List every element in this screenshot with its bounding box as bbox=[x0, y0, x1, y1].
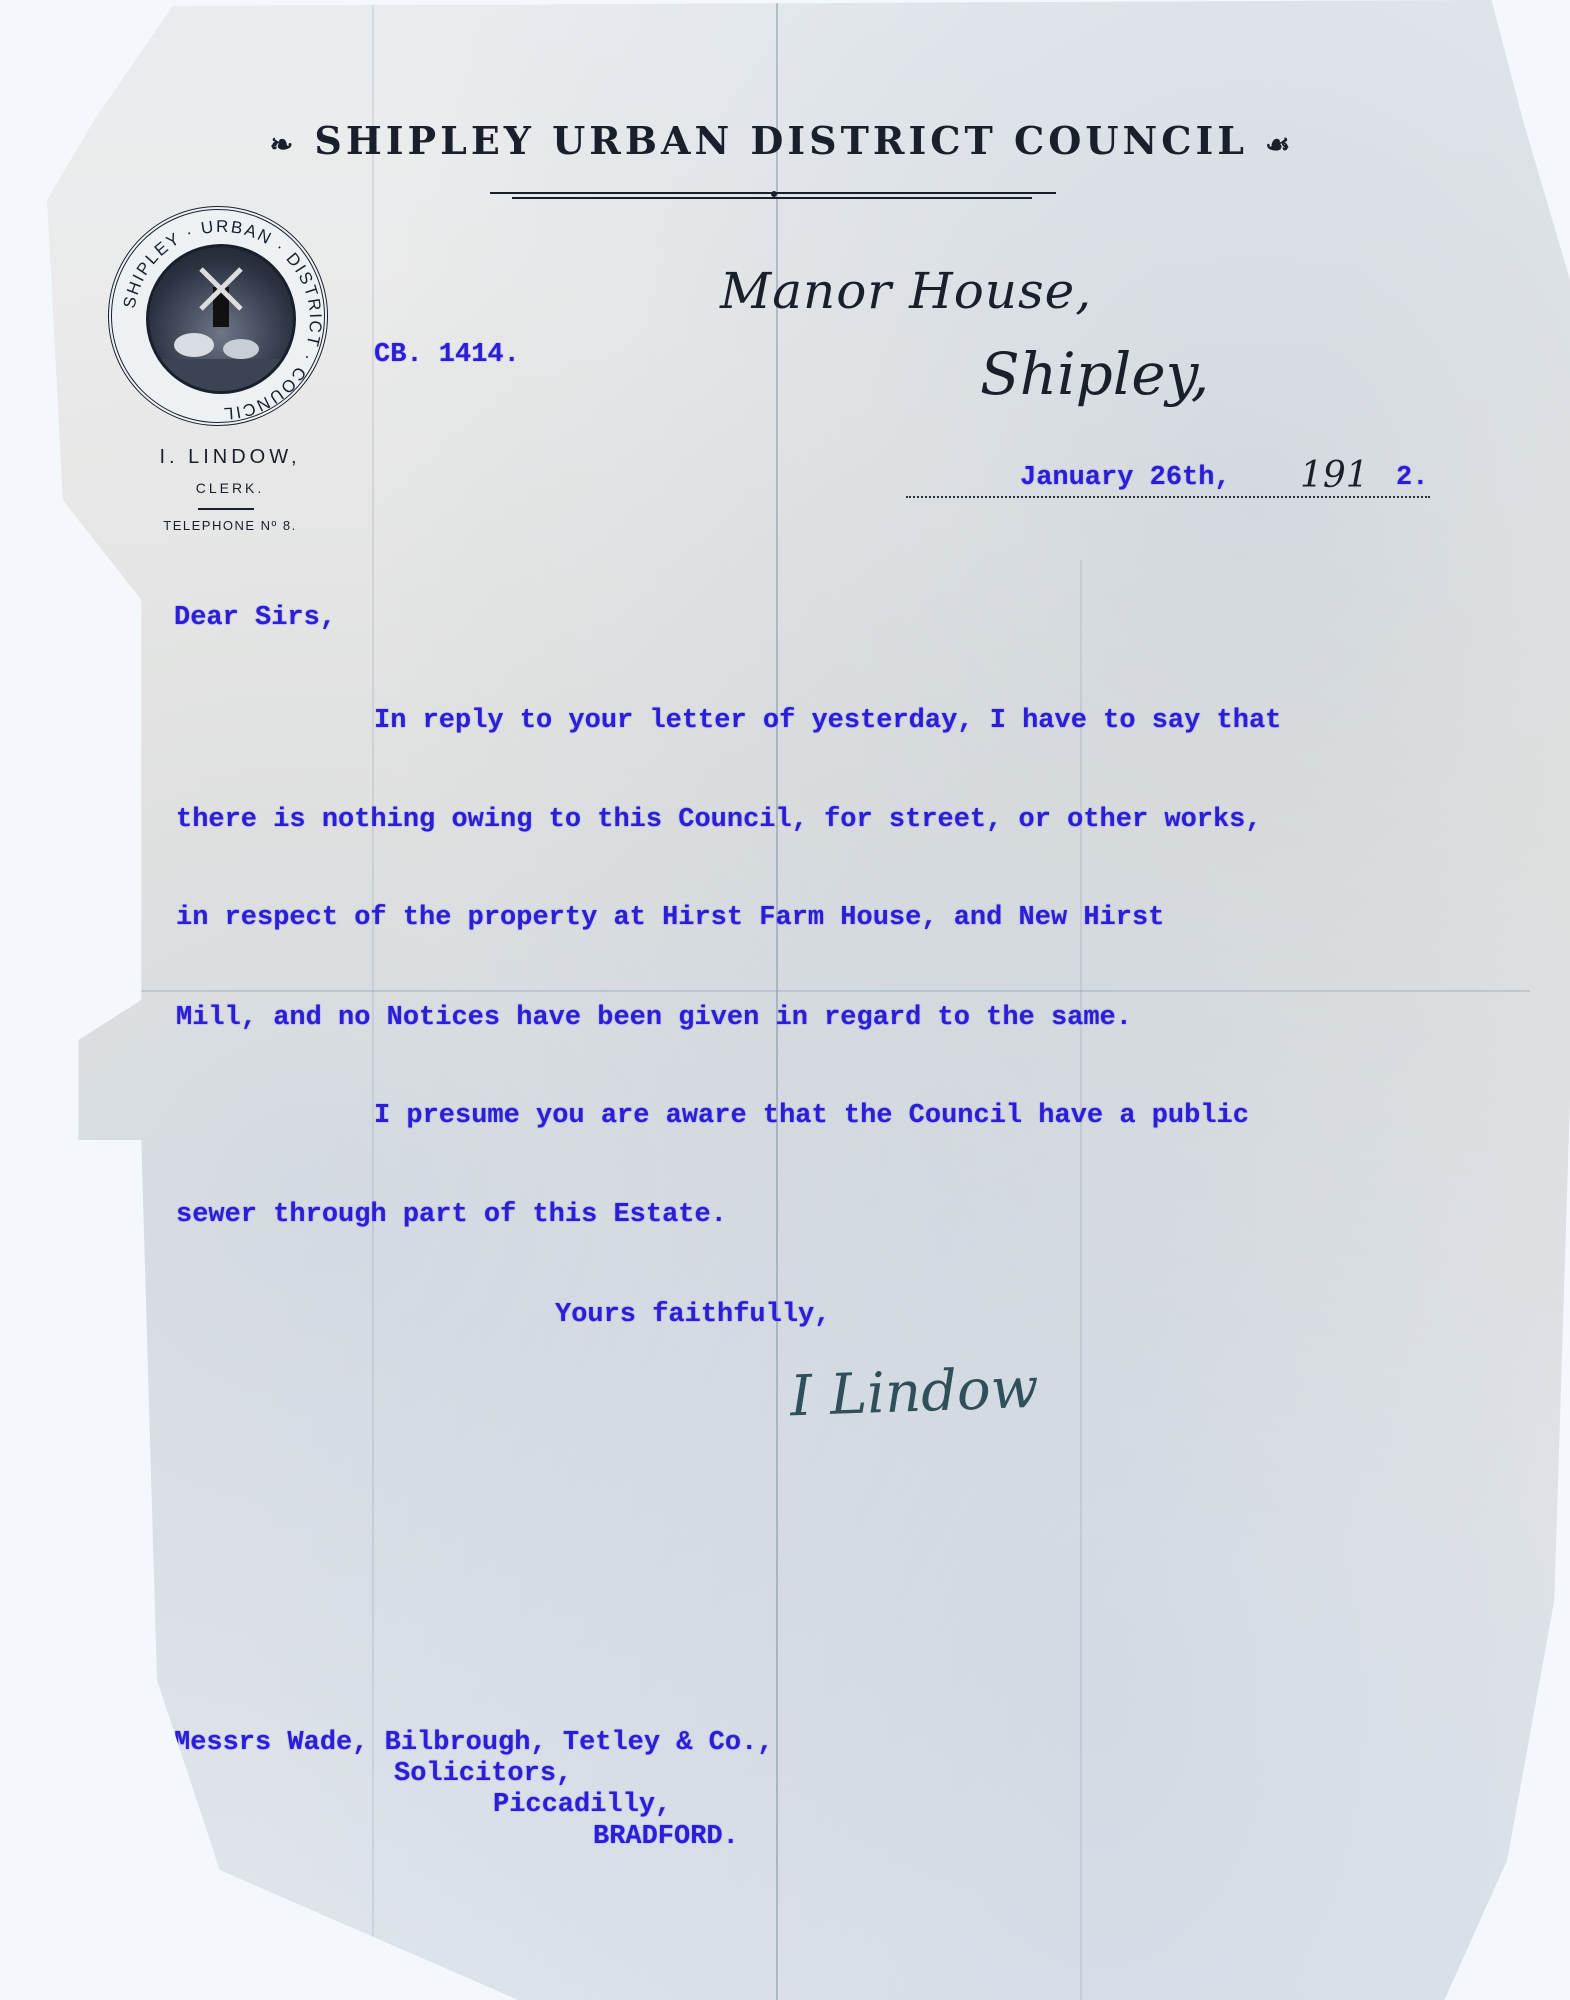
body-line: in respect of the property at Hirst Farm… bbox=[176, 903, 1164, 933]
council-seal: SHIPLEY · URBAN · DISTRICT · COUNCIL bbox=[108, 206, 328, 426]
clerk-rule bbox=[198, 508, 254, 510]
signature: I Lindow bbox=[789, 1356, 1040, 1430]
addressee-line: BRADFORD. bbox=[593, 1822, 739, 1852]
reference-number: CB. 1414. bbox=[374, 340, 520, 370]
body-line: In reply to your letter of yesterday, I … bbox=[374, 706, 1281, 736]
date-dotted-line bbox=[906, 496, 1430, 498]
date-year-printed: 191 bbox=[1300, 455, 1369, 496]
letterhead-title: ❧ SHIPLEY URBAN DISTRICT COUNCIL ☙ bbox=[262, 118, 1302, 163]
telephone-number: TELEPHONE Nº 8. bbox=[140, 518, 320, 533]
date-year-typed: 2. bbox=[1396, 463, 1428, 493]
body-line: I presume you are aware that the Council… bbox=[374, 1101, 1249, 1131]
clerk-title: CLERK. bbox=[140, 480, 320, 496]
address-line-2: Shipley, bbox=[980, 340, 1209, 408]
fold-crease-left bbox=[372, 0, 374, 2000]
windmill-sheep-emblem-icon bbox=[146, 244, 296, 394]
fold-crease-horizontal bbox=[140, 990, 1530, 992]
fold-crease-right bbox=[1080, 560, 1082, 2000]
letterhead-rule-dot bbox=[771, 191, 777, 197]
letterhead-rule-lower bbox=[512, 197, 1032, 199]
flourish-right-icon: ☙ bbox=[1265, 128, 1294, 161]
body-line: there is nothing owing to this Council, … bbox=[176, 805, 1262, 835]
date-typed: January 26th, bbox=[1020, 463, 1231, 493]
body-line: Mill, and no Notices have been given in … bbox=[176, 1003, 1132, 1033]
body-line: sewer through part of this Estate. bbox=[176, 1200, 727, 1230]
closing: Yours faithfully, bbox=[555, 1300, 830, 1330]
letter-paper: ❧ SHIPLEY URBAN DISTRICT COUNCIL ☙ SHIPL… bbox=[0, 0, 1570, 2000]
addressee-line: Piccadilly, bbox=[493, 1790, 671, 1820]
address-line-1: Manor House, bbox=[720, 262, 1092, 320]
salutation: Dear Sirs, bbox=[174, 603, 336, 633]
addressee-line: Messrs Wade, Bilbrough, Tetley & Co., bbox=[174, 1728, 774, 1758]
clerk-name: I. LINDOW, bbox=[140, 446, 320, 469]
flourish-left-icon: ❧ bbox=[270, 128, 297, 161]
addressee-line: Solicitors, bbox=[394, 1759, 572, 1789]
